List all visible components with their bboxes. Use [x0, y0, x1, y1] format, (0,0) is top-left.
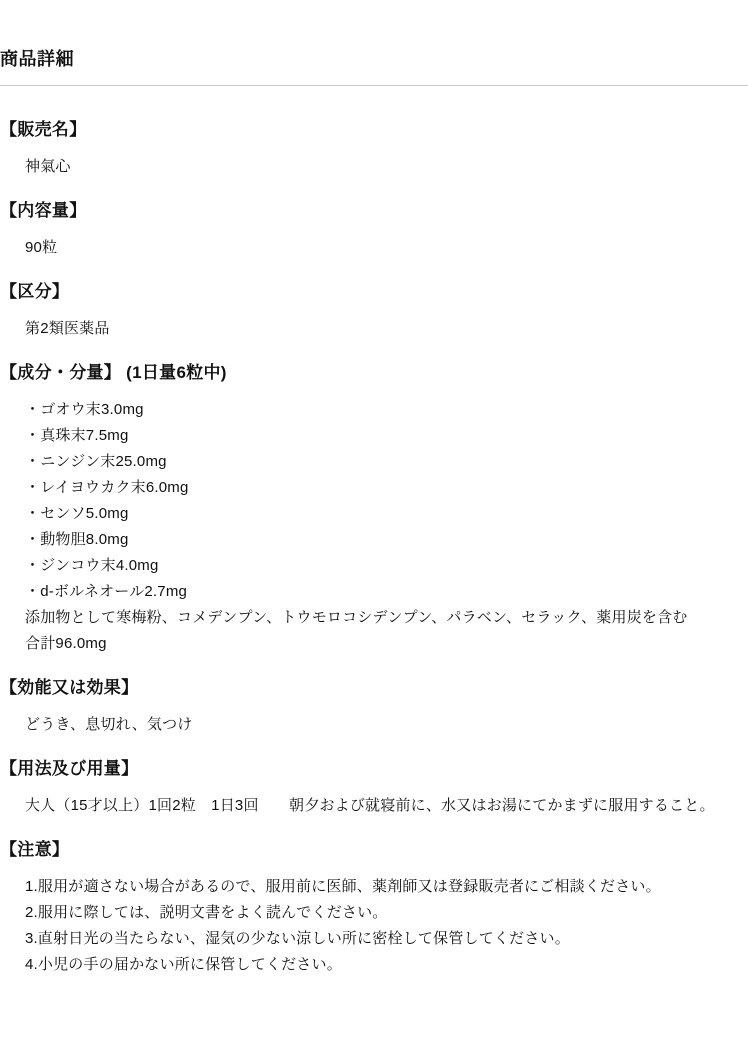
body-line: 添加物として寒梅粉、コメデンプン、トウモロコシデンプン、パラベン、セラック、薬用…	[0, 605, 748, 631]
body-line: 90粒	[0, 235, 748, 261]
detail-section: 【成分・分量】 (1日量6粒中) ・ゴオウ末3.0mg・真珠末7.5mg・ニンジ…	[0, 360, 748, 657]
body-line: ・動物胆8.0mg	[0, 527, 748, 553]
section-lines: どうき、息切れ、気つけ	[0, 712, 748, 738]
section-lines: 第2類医薬品	[0, 316, 748, 342]
section-lines: ・ゴオウ末3.0mg・真珠末7.5mg・ニンジン末25.0mg・レイヨウカク末6…	[0, 397, 748, 657]
section-heading: 【販売名】	[0, 117, 748, 142]
detail-section: 【用法及び用量】 大人（15才以上）1回2粒 1日3回 朝夕および就寝前に、水又…	[0, 756, 748, 819]
body-line: 大人（15才以上）1回2粒 1日3回 朝夕および就寝前に、水又はお湯にてかまずに…	[0, 793, 748, 819]
body-line: ・レイヨウカク末6.0mg	[0, 475, 748, 501]
title-divider	[0, 85, 748, 86]
sections-container: 【販売名】 神氣心 【内容量】 90粒 【区分】 第2類医薬品 【成分・分量】 …	[0, 117, 748, 1038]
section-heading: 【成分・分量】 (1日量6粒中)	[0, 360, 748, 385]
body-line: ・ニンジン末25.0mg	[0, 449, 748, 475]
section-heading: 【区分】	[0, 279, 748, 304]
body-line: ・ジンコウ末4.0mg	[0, 553, 748, 579]
detail-section: 【効能又は効果】 どうき、息切れ、気つけ	[0, 675, 748, 738]
body-line: ・ゴオウ末3.0mg	[0, 397, 748, 423]
section-lines: 1.服用が適さない場合があるので、服用前に医師、薬剤師又は登録販売者にご相談くだ…	[0, 874, 748, 978]
body-line: ・d-ボルネオール2.7mg	[0, 579, 748, 605]
section-lines: 90粒	[0, 235, 748, 261]
section-lines: 大人（15才以上）1回2粒 1日3回 朝夕および就寝前に、水又はお湯にてかまずに…	[0, 793, 748, 819]
section-heading: 【注意】	[0, 837, 748, 862]
section-heading: 【用法及び用量】	[0, 756, 748, 781]
section-heading: 【内容量】	[0, 198, 748, 223]
body-line: どうき、息切れ、気つけ	[0, 712, 748, 738]
body-line: 2.服用に際しては、説明文書をよく読んでください。	[0, 900, 748, 926]
body-line: 1.服用が適さない場合があるので、服用前に医師、薬剤師又は登録販売者にご相談くだ…	[0, 874, 748, 900]
body-line: 4.小児の手の届かない所に保管してください。	[0, 952, 748, 978]
section-heading: 【効能又は効果】	[0, 675, 748, 700]
body-line: ・真珠末7.5mg	[0, 423, 748, 449]
section-lines: 神氣心	[0, 154, 748, 180]
page-title: 商品詳細	[0, 46, 748, 72]
body-line: ・センソ5.0mg	[0, 501, 748, 527]
detail-section: 【区分】 第2類医薬品	[0, 279, 748, 342]
product-detail-page: 商品詳細 【販売名】 神氣心 【内容量】 90粒 【区分】 第2類医薬品 【成分…	[0, 0, 748, 1038]
detail-section: 【内容量】 90粒	[0, 198, 748, 261]
body-line: 第2類医薬品	[0, 316, 748, 342]
detail-section: 【販売名】 神氣心	[0, 117, 748, 180]
body-line: 3.直射日光の当たらない、湿気の少ない涼しい所に密栓して保管してください。	[0, 926, 748, 952]
body-line: 神氣心	[0, 154, 748, 180]
detail-section: 【注意】 1.服用が適さない場合があるので、服用前に医師、薬剤師又は登録販売者に…	[0, 837, 748, 978]
body-line: 合計96.0mg	[0, 631, 748, 657]
